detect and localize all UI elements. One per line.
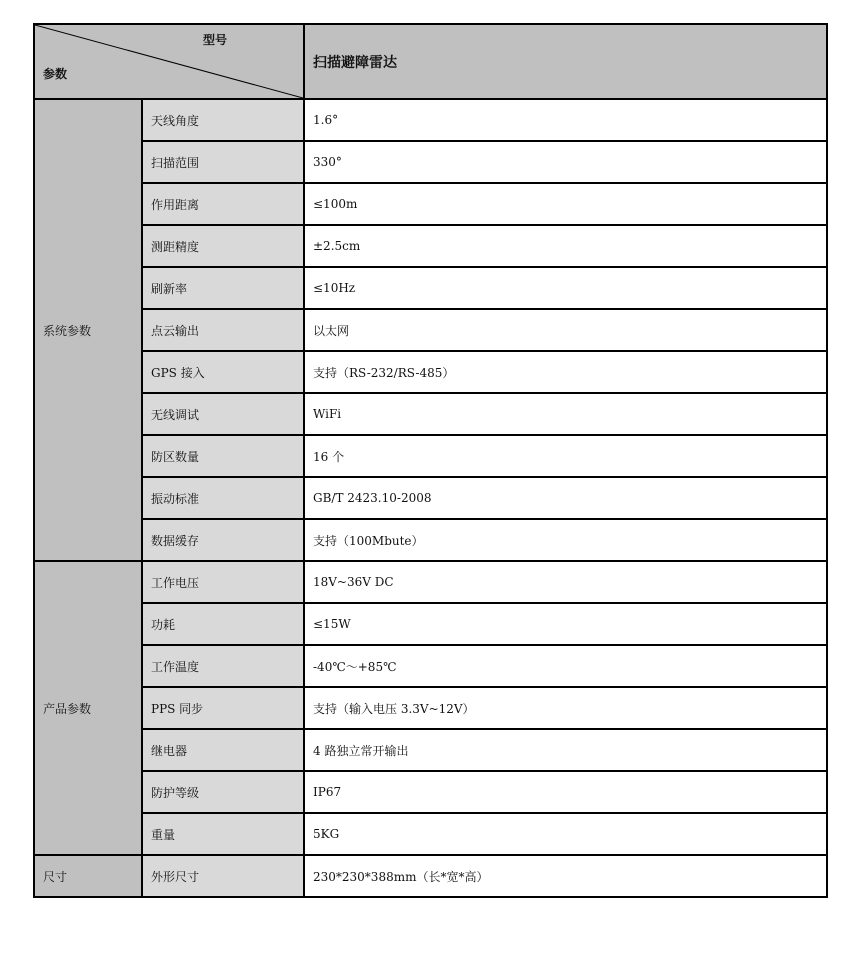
param-value: -40℃～+85℃	[304, 645, 827, 687]
model-name: 扫描避障雷达	[304, 24, 827, 99]
param-value: ≤10Hz	[304, 267, 827, 309]
param-label: 参数	[43, 65, 67, 82]
param-name: PPS 同步	[142, 687, 304, 729]
param-name: 振动标准	[142, 477, 304, 519]
spec-table: 型号 参数 扫描避障雷达 系统参数天线角度1.6°扫描范围330°作用距离≤10…	[33, 23, 828, 898]
param-name: 工作温度	[142, 645, 304, 687]
table-row: PPS 同步支持（输入电压 3.3V~12V）	[34, 687, 827, 729]
table-row: 产品参数工作电压18V~36V DC	[34, 561, 827, 603]
param-name: 防护等级	[142, 771, 304, 813]
param-value: 330°	[304, 141, 827, 183]
param-value: ≤15W	[304, 603, 827, 645]
param-value: ≤100m	[304, 183, 827, 225]
table-row: 重量5KG	[34, 813, 827, 855]
param-name: 数据缓存	[142, 519, 304, 561]
table-row: GPS 接入支持（RS-232/RS-485）	[34, 351, 827, 393]
param-value: GB/T 2423.10-2008	[304, 477, 827, 519]
table-row: 尺寸外形尺寸 230*230*388mm（长*宽*高）	[34, 855, 827, 897]
param-value: ±2.5cm	[304, 225, 827, 267]
table-row: 防区数量16 个	[34, 435, 827, 477]
table-row: 防护等级IP67	[34, 771, 827, 813]
param-value: 1.6°	[304, 99, 827, 141]
table-row: 测距精度±2.5cm	[34, 225, 827, 267]
table-row: 功耗≤15W	[34, 603, 827, 645]
param-name: 点云输出	[142, 309, 304, 351]
param-name: 外形尺寸	[142, 855, 304, 897]
model-label: 型号	[203, 31, 227, 48]
param-value: 支持（100Mbute）	[304, 519, 827, 561]
table-row: 振动标准GB/T 2423.10-2008	[34, 477, 827, 519]
param-name: 工作电压	[142, 561, 304, 603]
table-row: 工作温度-40℃～+85℃	[34, 645, 827, 687]
param-value: IP67	[304, 771, 827, 813]
param-value: 支持（RS-232/RS-485）	[304, 351, 827, 393]
param-value: 230*230*388mm（长*宽*高）	[304, 855, 827, 897]
group-label: 尺寸	[34, 855, 142, 897]
table-row: 继电器4 路独立常开输出	[34, 729, 827, 771]
table-row: 无线调试WiFi	[34, 393, 827, 435]
param-value: 4 路独立常开输出	[304, 729, 827, 771]
param-name: 功耗	[142, 603, 304, 645]
param-value: 5KG	[304, 813, 827, 855]
table-row: 点云输出以太网	[34, 309, 827, 351]
corner-header: 型号 参数	[34, 24, 304, 99]
param-value: WiFi	[304, 393, 827, 435]
param-name: GPS 接入	[142, 351, 304, 393]
param-name: 测距精度	[142, 225, 304, 267]
param-name: 扫描范围	[142, 141, 304, 183]
param-name: 无线调试	[142, 393, 304, 435]
group-label: 产品参数	[34, 561, 142, 855]
group-label: 系统参数	[34, 99, 142, 561]
param-name: 继电器	[142, 729, 304, 771]
param-value: 18V~36V DC	[304, 561, 827, 603]
param-name: 刷新率	[142, 267, 304, 309]
param-value: 支持（输入电压 3.3V~12V）	[304, 687, 827, 729]
param-name: 重量	[142, 813, 304, 855]
table-row: 数据缓存支持（100Mbute）	[34, 519, 827, 561]
table-row: 系统参数天线角度1.6°	[34, 99, 827, 141]
param-name: 天线角度	[142, 99, 304, 141]
param-value: 16 个	[304, 435, 827, 477]
param-name: 防区数量	[142, 435, 304, 477]
table-row: 扫描范围330°	[34, 141, 827, 183]
table-row: 作用距离≤100m	[34, 183, 827, 225]
param-value: 以太网	[304, 309, 827, 351]
param-name: 作用距离	[142, 183, 304, 225]
table-row: 刷新率≤10Hz	[34, 267, 827, 309]
